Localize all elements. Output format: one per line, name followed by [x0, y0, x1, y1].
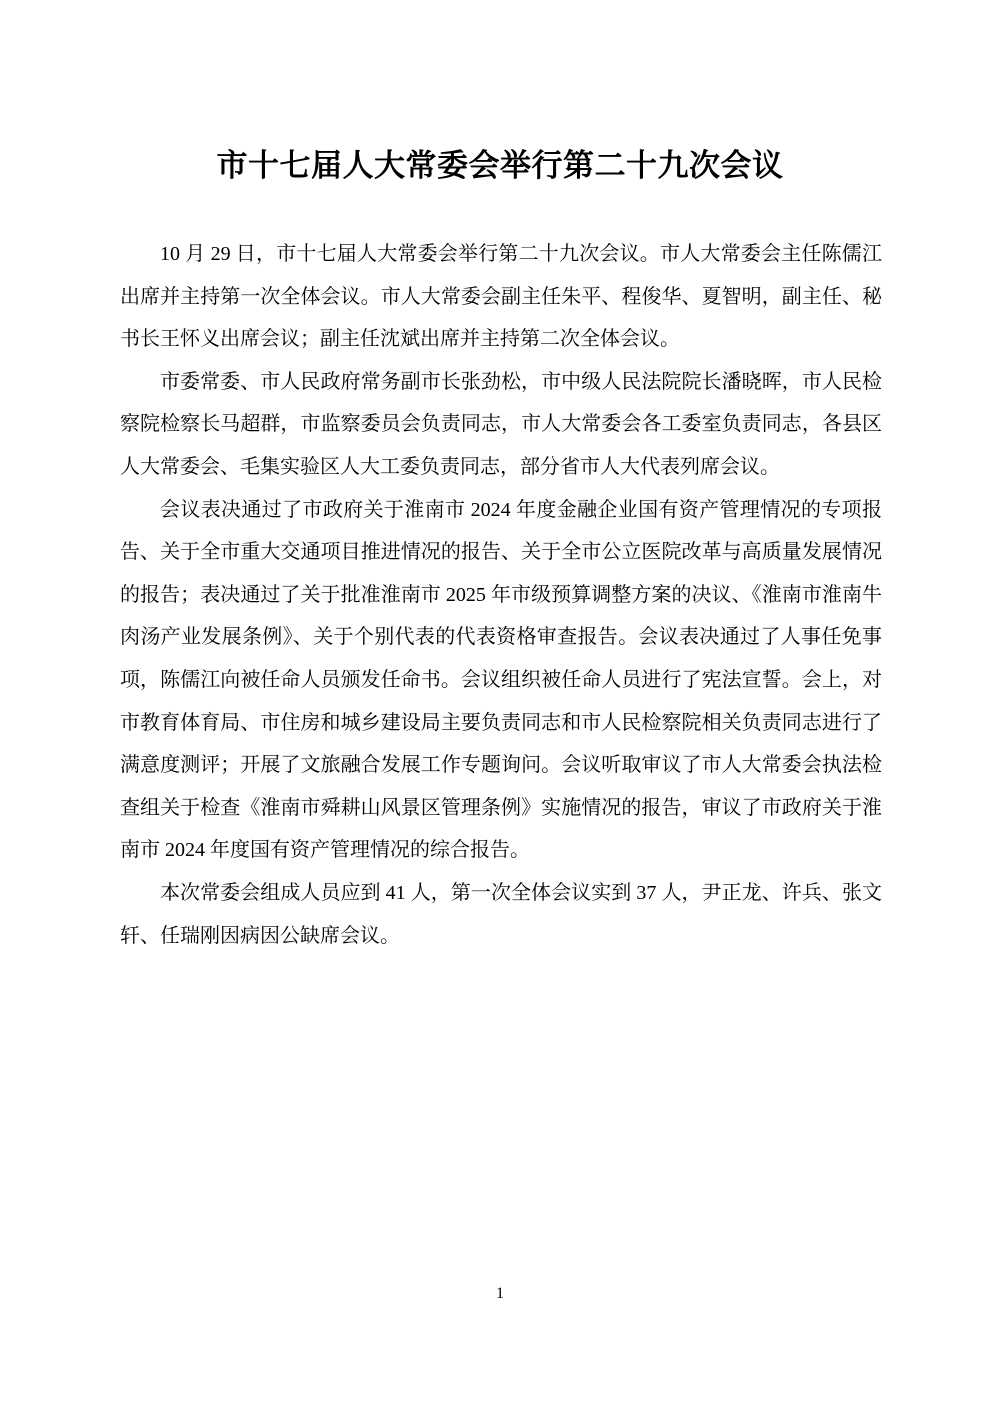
paragraph-resolutions: 会议表决通过了市政府关于淮南市 2024 年度金融企业国有资产管理情况的专项报告…	[120, 489, 882, 872]
document-page: 市十七届人大常委会举行第二十九次会议 10 月 29 日，市十七届人大常委会举行…	[0, 0, 1000, 1415]
paragraph-attendees: 市委常委、市人民政府常务副市长张劲松，市中级人民法院院长潘晓晖，市人民检察院检察…	[120, 361, 882, 489]
paragraph-attendance-count: 本次常委会组成人员应到 41 人，第一次全体会议实到 37 人，尹正龙、许兵、张…	[120, 872, 882, 957]
page-number: 1	[0, 1284, 1000, 1303]
paragraph-meeting-opening: 10 月 29 日，市十七届人大常委会举行第二十九次会议。市人大常委会主任陈儒江…	[120, 233, 882, 361]
document-body: 10 月 29 日，市十七届人大常委会举行第二十九次会议。市人大常委会主任陈儒江…	[120, 233, 882, 957]
document-title: 市十七届人大常委会举行第二十九次会议	[0, 146, 1000, 186]
